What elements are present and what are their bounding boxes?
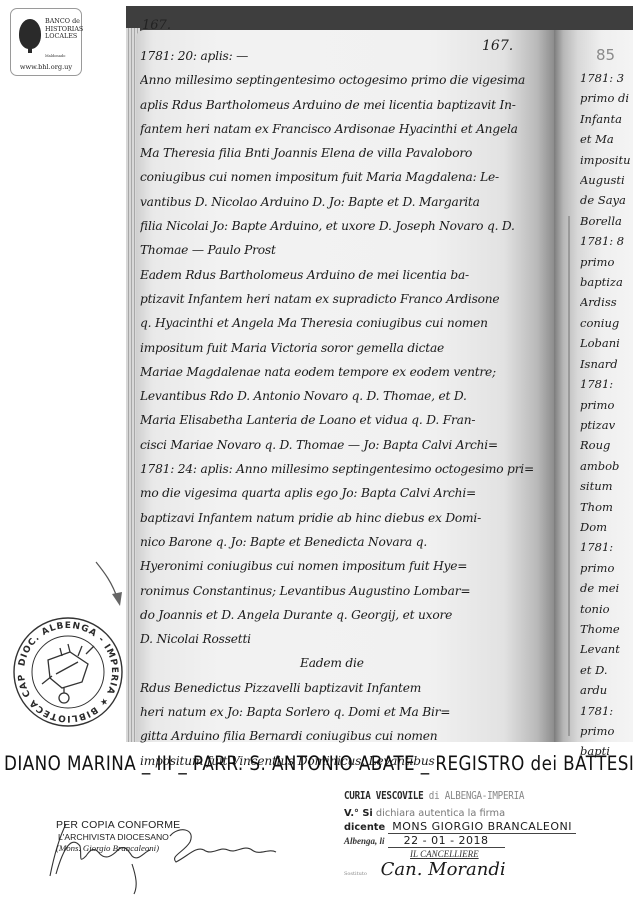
right-page-text: 1781: 3 primo di Infanta et Ma impositu … <box>580 68 632 762</box>
arrow-icon <box>94 560 124 608</box>
record-line: Eadem die <box>140 651 552 675</box>
archivist-stamp: PER COPIA CONFORME L'ARCHIVISTA DIOCESAN… <box>56 819 180 853</box>
record-line: fantem heri natam ex Francisco Ardisonae… <box>140 117 552 141</box>
logo-url: www.bhl.org.uy <box>11 63 81 71</box>
record-line: 1781: 24: aplis: Anno millesimo septinge… <box>140 457 552 481</box>
logo-title: BANCO de HISTORIAS LOCALES <box>45 18 85 41</box>
record-line: aplis Rdus Bartholomeus Arduino de mei l… <box>140 93 552 117</box>
record-line: q. Hyacinthi et Angela Ma Theresia coniu… <box>140 311 552 335</box>
logo-subtitle: Maldonado <box>45 54 65 58</box>
record-line: filia Nicolai Jo: Bapte Arduino, et uxor… <box>140 214 552 238</box>
record-line: gitta Arduino filia Bernardi coniugibus … <box>140 724 552 748</box>
diocesan-library-seal: DIOC. ALBENGA - IMPERIA ★ BIBLIOTECA CAP… <box>12 616 124 728</box>
pencil-folio-number: 85 <box>596 46 615 64</box>
record-line: Maria Elisabetha Lanteria de Loano et vi… <box>140 408 552 432</box>
dicente-line: dicente MONS GIORGIO BRANCALEONI <box>344 820 576 833</box>
record-line: impositum fuit Maria Victoria soror geme… <box>140 336 552 360</box>
folio-number-left: 167. <box>142 18 171 33</box>
curia-header: CURIA VESCOVILE di ALBENGA-IMPERIA <box>344 790 548 802</box>
record-line: D. Nicolai Rossetti <box>140 627 552 651</box>
record-line: mo die vigesima quarta aplis ego Jo: Bap… <box>140 481 552 505</box>
baptism-record-text: 1781: 20: aplis: — Anno millesimo septin… <box>140 44 552 773</box>
date-value: 22 - 01 - 2018 <box>388 834 505 848</box>
record-line: 1781: 20: aplis: — <box>140 44 552 68</box>
cancelliere-signature: Sostituto Can. Morandi <box>380 859 576 880</box>
record-line: Mariae Magdalenae nata eodem tempore ex … <box>140 360 552 384</box>
tree-icon <box>19 19 41 49</box>
record-line: Levantibus Rdo D. Antonio Novaro q. D. T… <box>140 384 552 408</box>
register-caption: DIANO MARINA _ III _ PARR. S. ANTONIO AB… <box>4 752 545 775</box>
record-line: Anno millesimo septingentesimo octogesim… <box>140 68 552 92</box>
curia-authentication-stamp: CURIA VESCOVILE di ALBENGA-IMPERIA V.° S… <box>344 790 576 880</box>
record-line: Thomae — Paulo Prost <box>140 238 552 262</box>
record-line: cisci Mariae Novaro q. D. Thomae — Jo: B… <box>140 433 552 457</box>
record-line: do Joannis et D. Angela Durante q. Georg… <box>140 603 552 627</box>
date-line: Albenga, li 22 - 01 - 2018 <box>344 834 576 847</box>
register-scan: 167. 167. 85 1781: 20: aplis: — Anno mil… <box>126 6 633 742</box>
authentication-line: V.° Si dichiara autentica la firma <box>344 808 576 819</box>
cancelliere-label: IL CANCELLIERE <box>410 849 576 859</box>
record-line: baptizavi Infantem natum pridie ab hinc … <box>140 506 552 530</box>
record-line: Rdus Benedictus Pizzavelli baptizavit In… <box>140 676 552 700</box>
dicente-value: MONS GIORGIO BRANCALEONI <box>388 820 576 834</box>
record-line: Eadem Rdus Bartholomeus Arduino de mei l… <box>140 263 552 287</box>
record-line: ronimus Constantinus; Levantibus Augusti… <box>140 579 552 603</box>
record-line: Hyeronimi coniugibus cui nomen impositum… <box>140 554 552 578</box>
record-line: ptizavit Infantem heri natam ex supradic… <box>140 287 552 311</box>
record-line: nico Barone q. Jo: Bapte et Benedicta No… <box>140 530 552 554</box>
bhl-logo-badge: BANCO de HISTORIAS LOCALES Maldonado www… <box>10 8 82 76</box>
record-line: vantibus D. Nicolao Arduino D. Jo: Bapte… <box>140 190 552 214</box>
spine-line <box>568 216 570 736</box>
record-line: heri natum ex Jo: Bapta Sorlero q. Domi … <box>140 700 552 724</box>
record-line: coniugibus cui nomen impositum fuit Mari… <box>140 165 552 189</box>
record-line: Ma Theresia filia Bnti Joannis Elena de … <box>140 141 552 165</box>
